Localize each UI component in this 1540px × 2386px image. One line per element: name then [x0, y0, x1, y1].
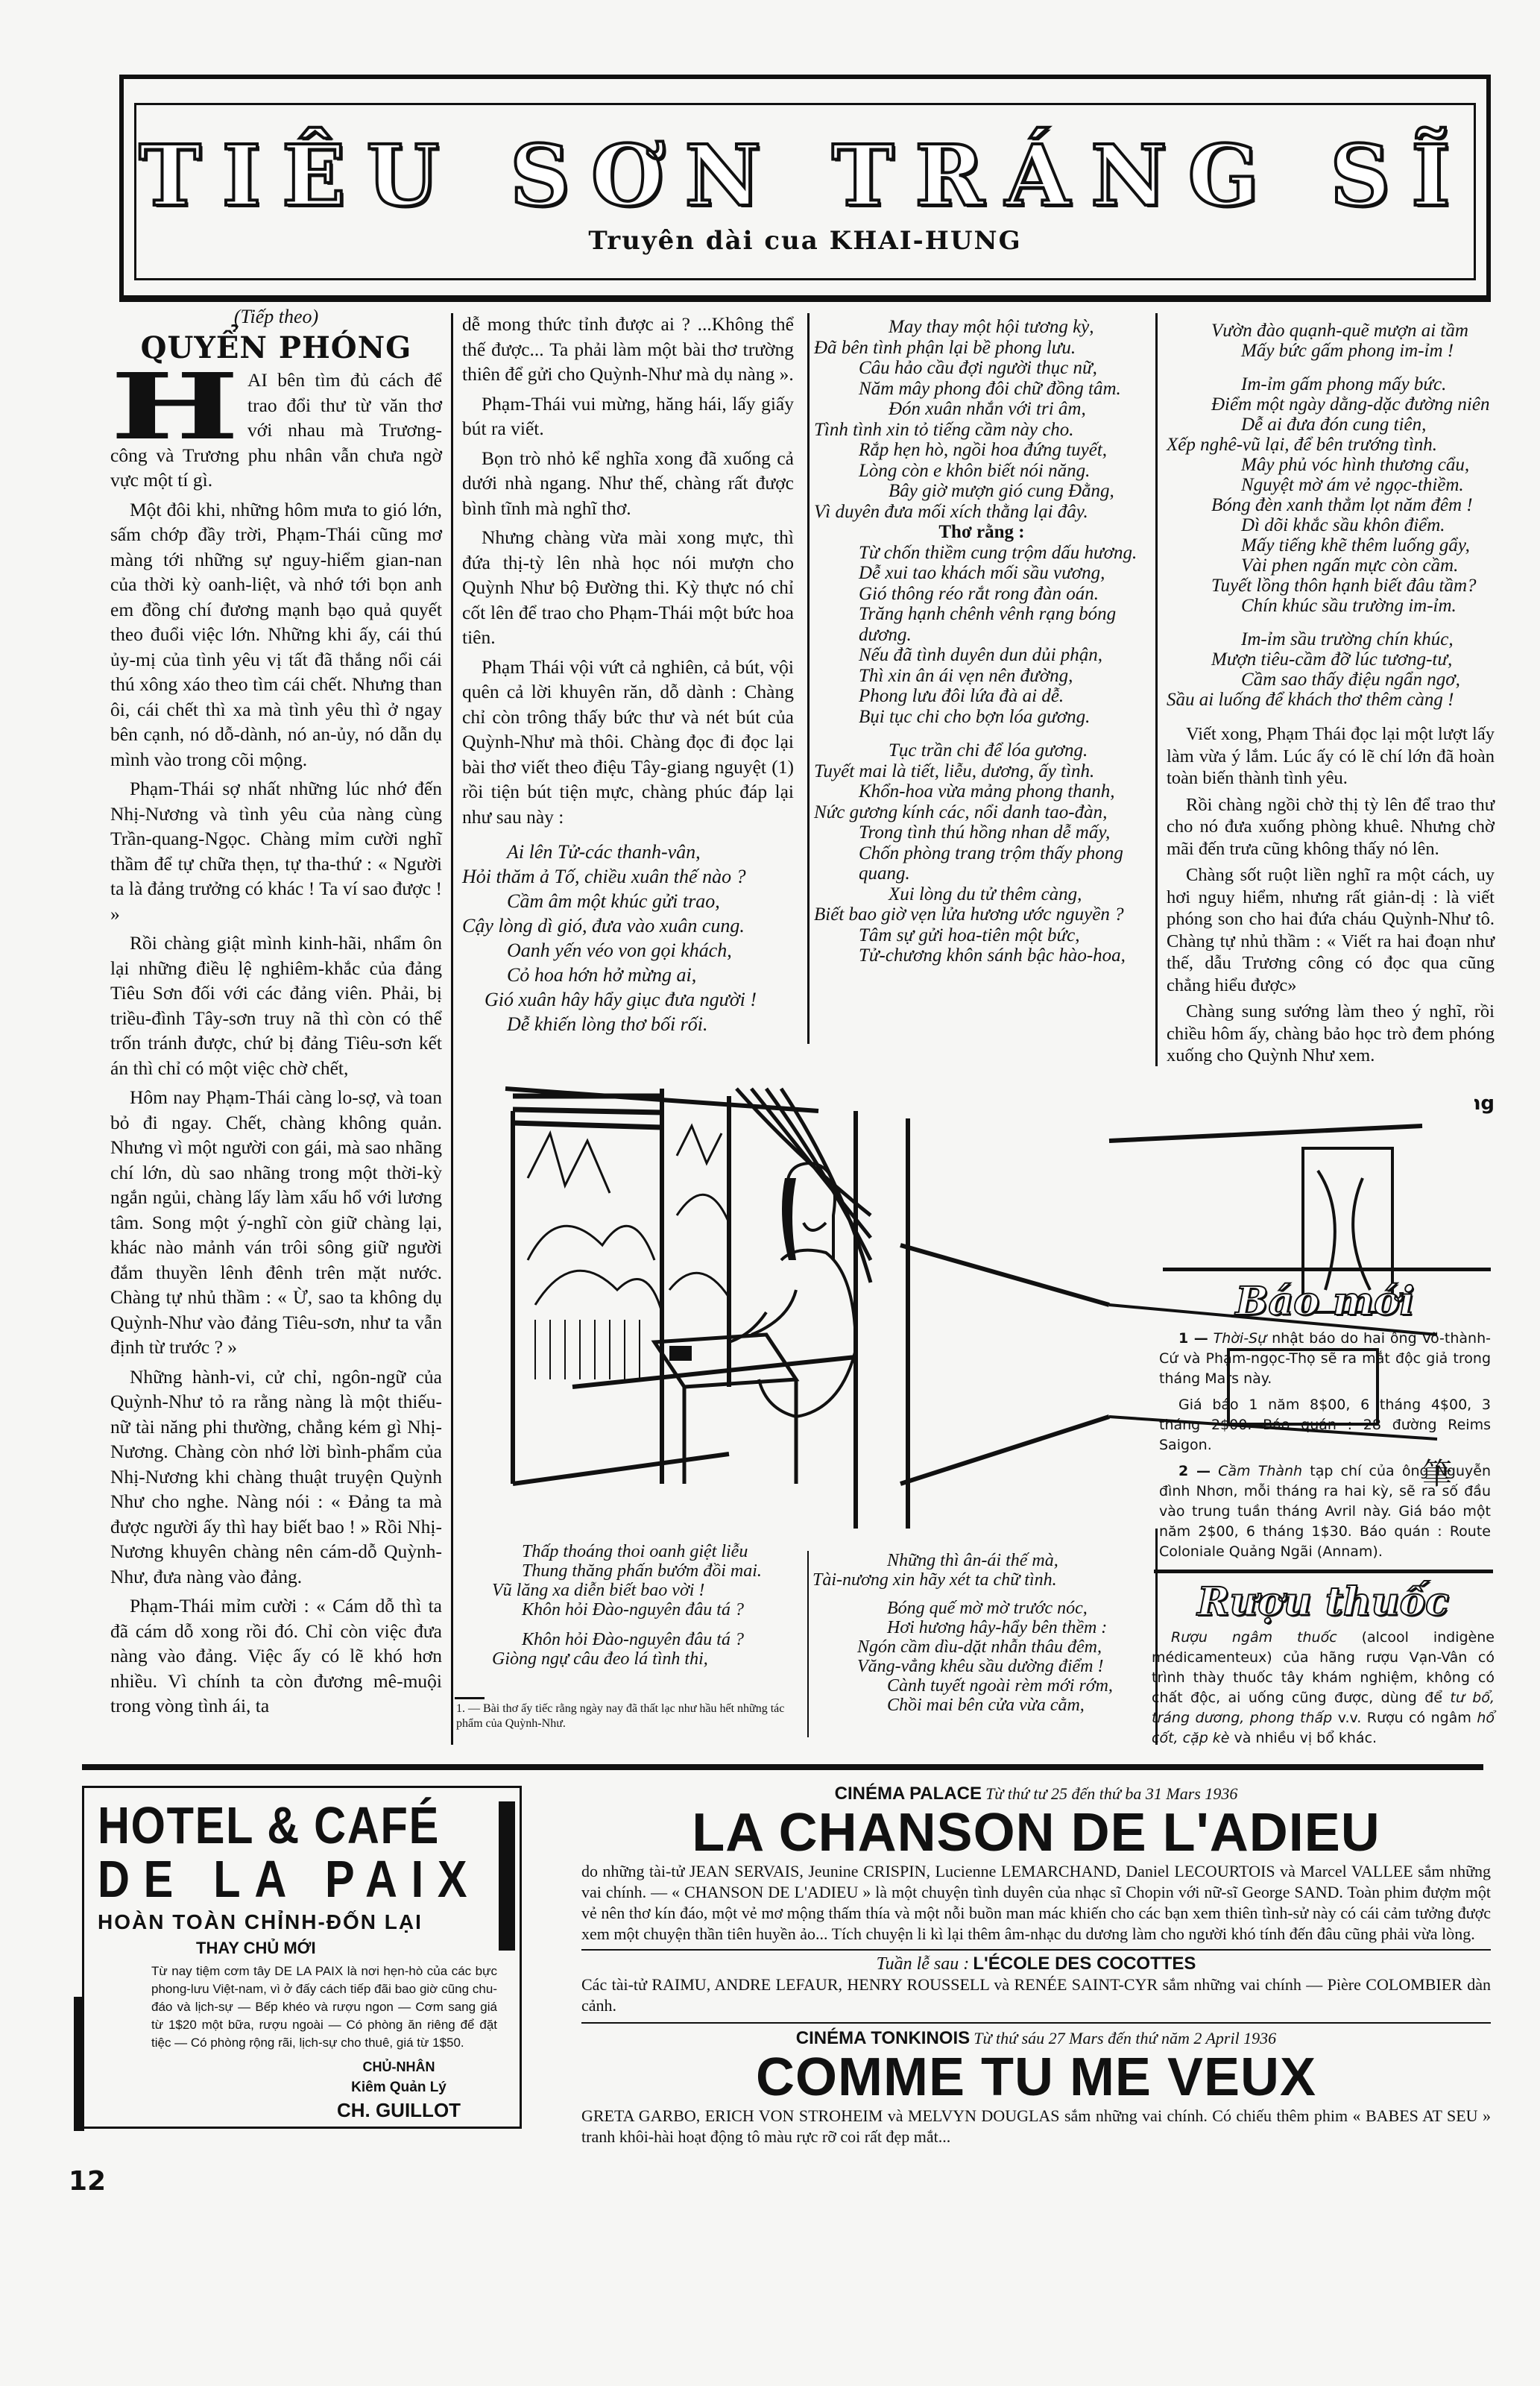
serial-column-4: Vườn đào quạnh-quẽ mượn ai tầm Mấy bức g… [1167, 321, 1495, 1115]
paragraph: Một đôi khi, những hôm mưa to gió lớn, s… [110, 497, 442, 772]
paragraph: Phạm-Thái mỉm cười : « Cám dỗ thì ta đã … [110, 1593, 442, 1719]
page-number: 12 [69, 2166, 106, 2197]
poem-reply: Ai lên Tử-các thanh-vân, Hỏi thăm ả Tố, … [462, 840, 794, 1036]
ads-top-rule [82, 1764, 1483, 1770]
paragraph: Phạm-Thái sợ nhất những lúc nhớ đến Nhị-… [110, 776, 442, 926]
paragraph: Hôm nay Phạm-Thái càng lo-sợ, và toan bỏ… [110, 1085, 442, 1360]
divider [581, 1949, 1491, 1951]
poem-bottom-left: Thấp thoáng thoi oanh giệt liễu Thung th… [477, 1542, 805, 1669]
column-divider [451, 313, 453, 1745]
bao-moi-section: Báo mới 1 — Thời-Sự nhật báo do hai ông … [1159, 1279, 1491, 1568]
section-rule [1154, 1570, 1493, 1573]
next-film-description: Các tài-tử RAIMU, ANDRE LEFAUR, HENRY RO… [581, 1974, 1491, 2016]
film-title-chanson: LA CHANSON DE L'ADIEU [581, 1804, 1491, 1861]
cinema-palace-venue: CINÉMA PALACE [835, 1784, 982, 1804]
paragraph: Rồi chàng ngồi chờ thị tỳ lên để trao th… [1167, 794, 1495, 860]
bao-moi-price: Giá báo 1 năm 8$00, 6 tháng 4$00, 3 thán… [1159, 1395, 1491, 1455]
continued-label: (Tiếp theo) [110, 304, 442, 330]
hotel-owner-name: CH. GUILLOT [278, 2099, 520, 2122]
column-divider [807, 1551, 809, 1737]
serial-column-2: dễ mong thức tỉnh được ai ? ...Không thể… [462, 312, 794, 1036]
hotel-name-line2: DE LA PAIX [98, 1852, 456, 1906]
paragraph: Phạm Thái vội vứt cả nghiên, cả bút, vội… [462, 655, 794, 830]
masthead: TIÊU SƠN TRÁNG SĨ Truyên dài cua KHAI-HU… [134, 103, 1476, 280]
poem-continuation: Vườn đào quạnh-quẽ mượn ai tầm Mấy bức g… [1167, 321, 1495, 710]
paragraph: Nhưng chàng vừa mài xong mực, thì đứa th… [462, 525, 794, 650]
cinema-palace-ad: CINÉMA PALACE Từ thứ tư 25 đến thứ ba 31… [581, 1784, 1491, 2147]
closing-paragraphs: Viết xong, Phạm Thái đọc lại một lượt lấ… [1167, 723, 1495, 1115]
poem-bottom-right: Những thì ân-ái thế mà, Tài-nương xin hã… [812, 1551, 1148, 1715]
masthead-title: TIÊU SƠN TRÁNG SĨ [136, 135, 1474, 218]
hotel-owner-label: CHỦ-NHÂN [278, 2059, 520, 2075]
film-title-comme: COMME TU ME VEUX [581, 2049, 1491, 2106]
column-divider [807, 313, 810, 1044]
section-rule [1163, 1268, 1491, 1271]
cinema-tonkinois-dates: Từ thứ sáu 27 Mars đến thứ năm 2 April 1… [973, 2029, 1276, 2047]
ad-border-shadow [499, 1801, 515, 1951]
tho-rang-label: Thơ rằng : [814, 522, 1149, 543]
hotel-name-line1: HOTEL & CAFÉ [98, 1798, 456, 1852]
cinema-palace-dates: Từ thứ tư 25 đến thứ ba 31 Mars 1936 [985, 1784, 1237, 1803]
ruou-thuoc-title: Rượu thuốc [1152, 1579, 1495, 1625]
hotel-cafe-ad: HOTEL & CAFÉ DE LA PAIX HOÀN TOÀN CHỈNH-… [82, 1786, 522, 2129]
hotel-owner-role: Kiêm Quản Lý [278, 2080, 520, 2096]
film-description-comme: GRETA GARBO, ERICH VON STROHEIM và MELVY… [581, 2106, 1491, 2147]
masthead-subtitle: Truyên dài cua KHAI-HUNG [136, 226, 1474, 256]
divider [581, 2022, 1491, 2024]
footnote-rule [455, 1697, 485, 1699]
paragraph: Bọn trò nhỏ kể nghĩa xong đã xuống cả dư… [462, 446, 794, 521]
bao-moi-title: Báo mới [1159, 1279, 1491, 1324]
ruou-thuoc-section: Rượu thuốc Rượu ngâm thuốc (alcool indig… [1152, 1579, 1495, 1754]
column-divider [1155, 313, 1158, 1745]
paragraph: dễ mong thức tỉnh được ai ? ...Không thể… [462, 312, 794, 387]
bao-moi-item: 1 — Thời-Sự nhật báo do hai ông Võ-thành… [1159, 1329, 1491, 1389]
paragraph: Chàng sung sướng làm theo ý nghĩ, rồi ch… [1167, 1001, 1495, 1067]
hotel-new-owner: THAY CHỦ MỚI [196, 1939, 520, 1958]
paragraph: Những hành-vi, cử chỉ, ngôn-ngữ của Quỳn… [110, 1364, 442, 1590]
ruou-thuoc-text: Rượu ngâm thuốc (alcool indigène médicam… [1152, 1628, 1495, 1748]
next-week-label: Tuần lễ sau : [877, 1954, 970, 1974]
cinema-tonkinois-venue: CINÉMA TONKINOIS [796, 2028, 970, 2048]
serial-column-1: (Tiếp theo) QUYỂN PHÓNG HAI bên tìm đủ c… [110, 304, 442, 1723]
film-description: do những tài-tử JEAN SERVAIS, Jeunine CR… [581, 1861, 1491, 1945]
opening-paragraph: HAI bên tìm đủ cách để trao đổi thư từ v… [110, 368, 442, 493]
ad-border-shadow [74, 1997, 84, 2131]
paragraph: Phạm-Thái vui mừng, hăng hái, lấy giấy b… [462, 391, 794, 441]
bao-moi-item: 2 — Cầm Thành tạp chí của ông Nguyễn đìn… [1159, 1461, 1491, 1562]
footnote: 1. — Bài thơ ấy tiếc rằng ngày nay đã th… [456, 1702, 807, 1731]
paragraph: Chàng sốt ruột liền nghĩ ra một cách, uy… [1167, 864, 1495, 996]
next-film-title: L'ÉCOLE DES COCOTTES [973, 1954, 1196, 1974]
paragraph: Rồi chàng giật mình kinh-hãi, nhẩm ôn lạ… [110, 931, 442, 1080]
serial-column-3: May thay một hội tương kỳ, Đã bên tình p… [814, 317, 1149, 966]
paragraph: Viết xong, Phạm Thái đọc lại một lượt lấ… [1167, 723, 1495, 790]
dropcap-letter: H [110, 371, 300, 442]
hotel-description: Từ nay tiệm cơm tây DE LA PAIX là nơi hẹ… [151, 1962, 497, 2052]
hotel-renovated: HOÀN TOÀN CHỈNH-ĐỐN LẠI [98, 1910, 520, 1934]
